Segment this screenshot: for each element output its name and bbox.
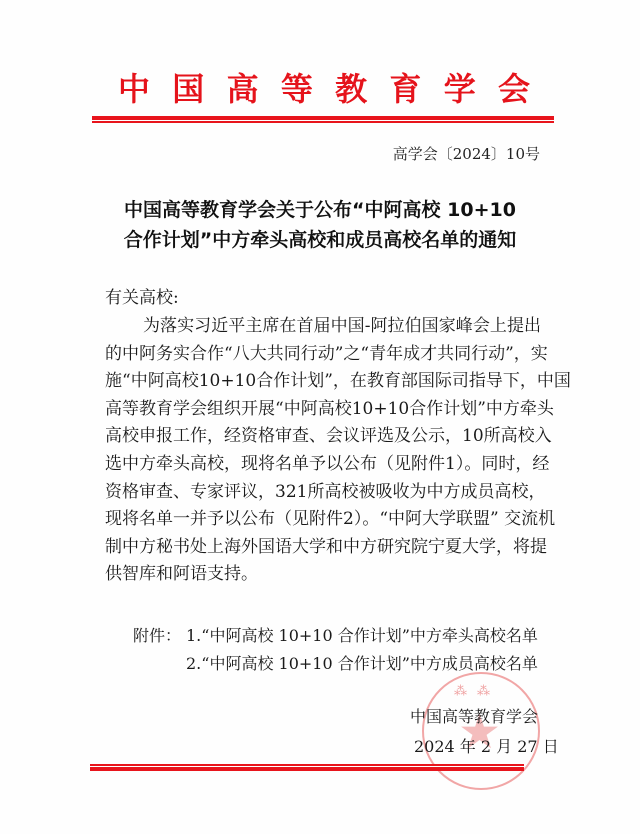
title-line-1: 中国高等教育学会关于公布“中阿高校 10+10	[0, 195, 640, 225]
masthead-char: 中	[118, 68, 150, 110]
body-line: 现将名单一并予以公布（见附件2）。“中阿大学联盟” 交流机	[105, 506, 541, 534]
masthead-char: 学	[444, 68, 476, 110]
footer-red-divider	[90, 764, 524, 771]
masthead-char: 等	[281, 68, 313, 110]
masthead-char: 教	[335, 68, 367, 110]
organization-masthead: 中 国 高 等 教 育 学 会	[118, 68, 530, 110]
body-line: 施“中阿高校10+10合作计划”，在教育部国际司指导下，中国	[105, 368, 541, 396]
masthead-char: 国	[172, 68, 204, 110]
issuer-name: 中国高等教育学会	[410, 706, 538, 728]
body-line: 资格审查、专家评议，321所高校被吸收为中方成员高校，	[105, 479, 541, 507]
body-line: 为落实习近平主席在首届中国-阿拉伯国家峰会上提出	[105, 313, 541, 341]
attachments-list: 附件： 1.“中阿高校 10+10 合作计划”中方牵头高校名单 2.“中阿高校 …	[133, 622, 538, 678]
body-line: 高等教育学会组织开展“中阿高校10+10合作计划”中方牵头	[105, 396, 541, 424]
attachments-label: 附件：	[133, 622, 186, 650]
body-line: 高校申报工作，经资格审查、会议评选及公示，10所高校入	[105, 423, 541, 451]
document-page: 中 国 高 等 教 育 学 会 高学会〔2024〕10号 中国高等教育学会关于公…	[0, 0, 640, 834]
document-title: 中国高等教育学会关于公布“中阿高校 10+10 合作计划”中方牵头高校和成员高校…	[0, 195, 640, 255]
body-paragraph: 为落实习近平主席在首届中国-阿拉伯国家峰会上提出 的中阿务实合作“八大共同行动”…	[105, 313, 541, 589]
salutation: 有关高校:	[105, 286, 179, 310]
document-number: 高学会〔2024〕10号	[393, 144, 540, 164]
masthead-char: 育	[389, 68, 421, 110]
attachment-title: 1.“中阿高校 10+10 合作计划”中方牵头高校名单	[186, 622, 538, 650]
attachment-item: 附件： 1.“中阿高校 10+10 合作计划”中方牵头高校名单	[133, 622, 538, 650]
header-red-divider	[92, 116, 554, 123]
masthead-char: 高	[227, 68, 259, 110]
seal-arc-text-icon: ⁂⁂	[454, 684, 500, 699]
body-line: 的中阿务实合作“八大共同行动”之“青年成才共同行动”，实	[105, 341, 541, 369]
title-line-2: 合作计划”中方牵头高校和成员高校名单的通知	[0, 225, 640, 255]
masthead-char: 会	[498, 68, 530, 110]
body-line: 选中方牵头高校，现将名单予以公布（见附件1）。同时，经	[105, 451, 541, 479]
issue-date: 2024 年 2 月 27 日	[414, 736, 559, 758]
body-line: 供智库和阿语支持。	[105, 561, 541, 589]
official-seal: ⁂⁂ ★	[422, 672, 540, 790]
body-line: 制中方秘书处上海外国语大学和中方研究院宁夏大学，将提	[105, 534, 541, 562]
